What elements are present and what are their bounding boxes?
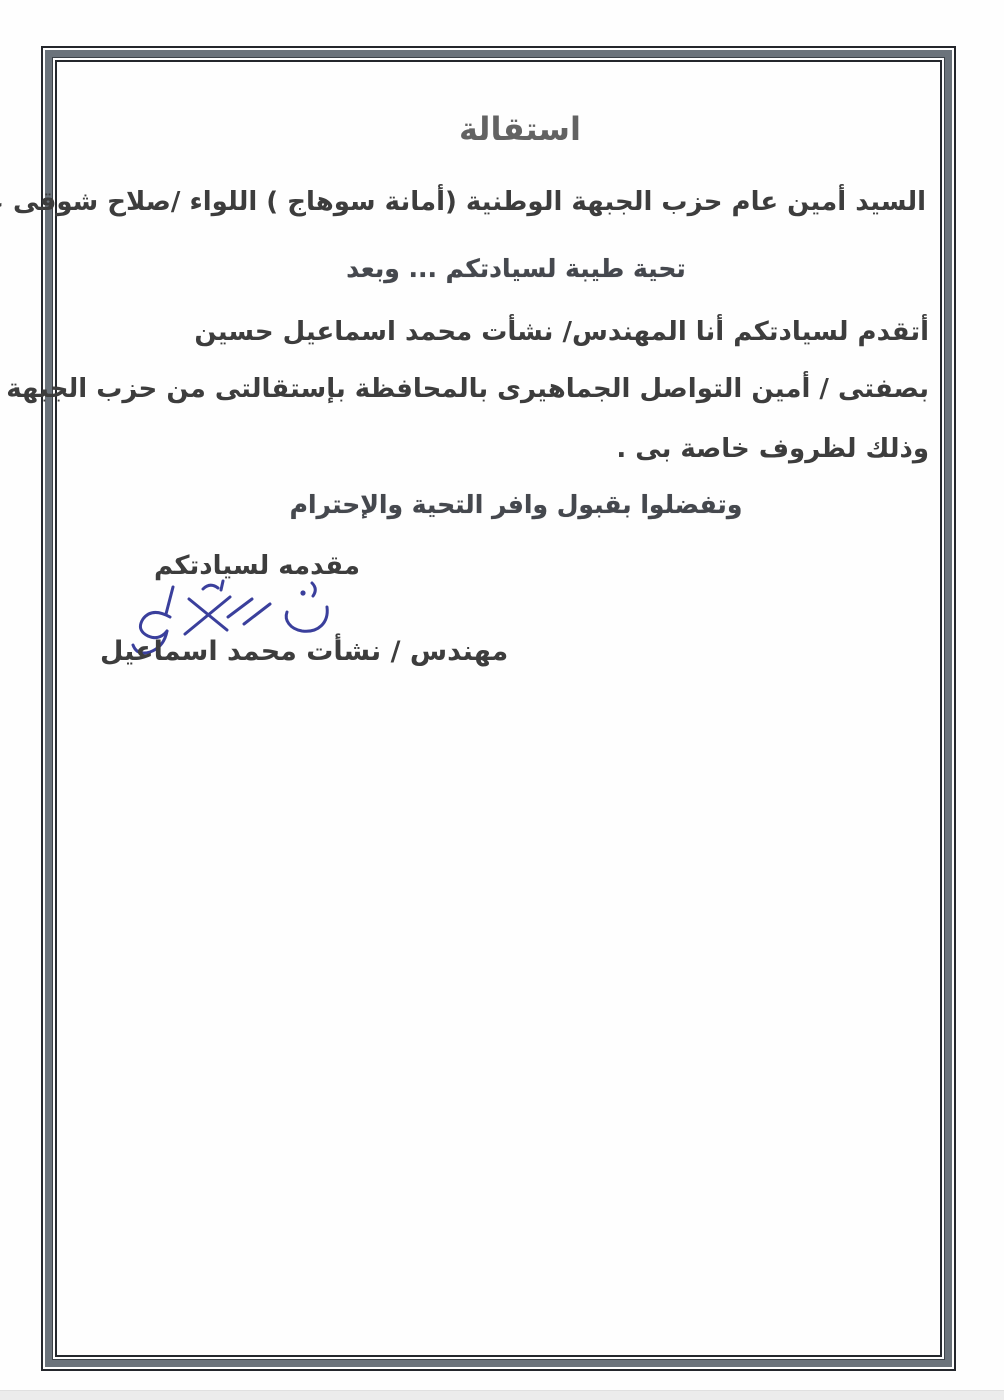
scan-bottom-edge — [0, 1390, 1004, 1400]
recipient-line: السيد أمين عام حزب الجبهة الوطنية (أمانة… — [0, 187, 926, 217]
border-band — [45, 50, 952, 1367]
letter-title: استقالة — [18, 110, 1004, 148]
reason-line: وذلك لظروف خاصة بى . — [616, 434, 929, 464]
scanned-resignation-letter: استقالة السيد أمين عام حزب الجبهة الوطني… — [0, 0, 1004, 1400]
closing-salutation-line: وتفضلوا بقبول وافر التحية والإحترام — [14, 490, 1004, 519]
signatory-name: مهندس / نشأت محمد اسماعيل — [100, 636, 508, 667]
opening-line: أتقدم لسيادتكم أنا المهندس/ نشأت محمد اس… — [194, 317, 929, 347]
capacity-line: بصفتى / أمين التواصل الجماهيرى بالمحافظة… — [0, 374, 929, 404]
decorative-border-frame — [41, 46, 956, 1371]
greeting-line: تحية طيبة لسيادتكم ... وبعد — [14, 254, 1004, 283]
